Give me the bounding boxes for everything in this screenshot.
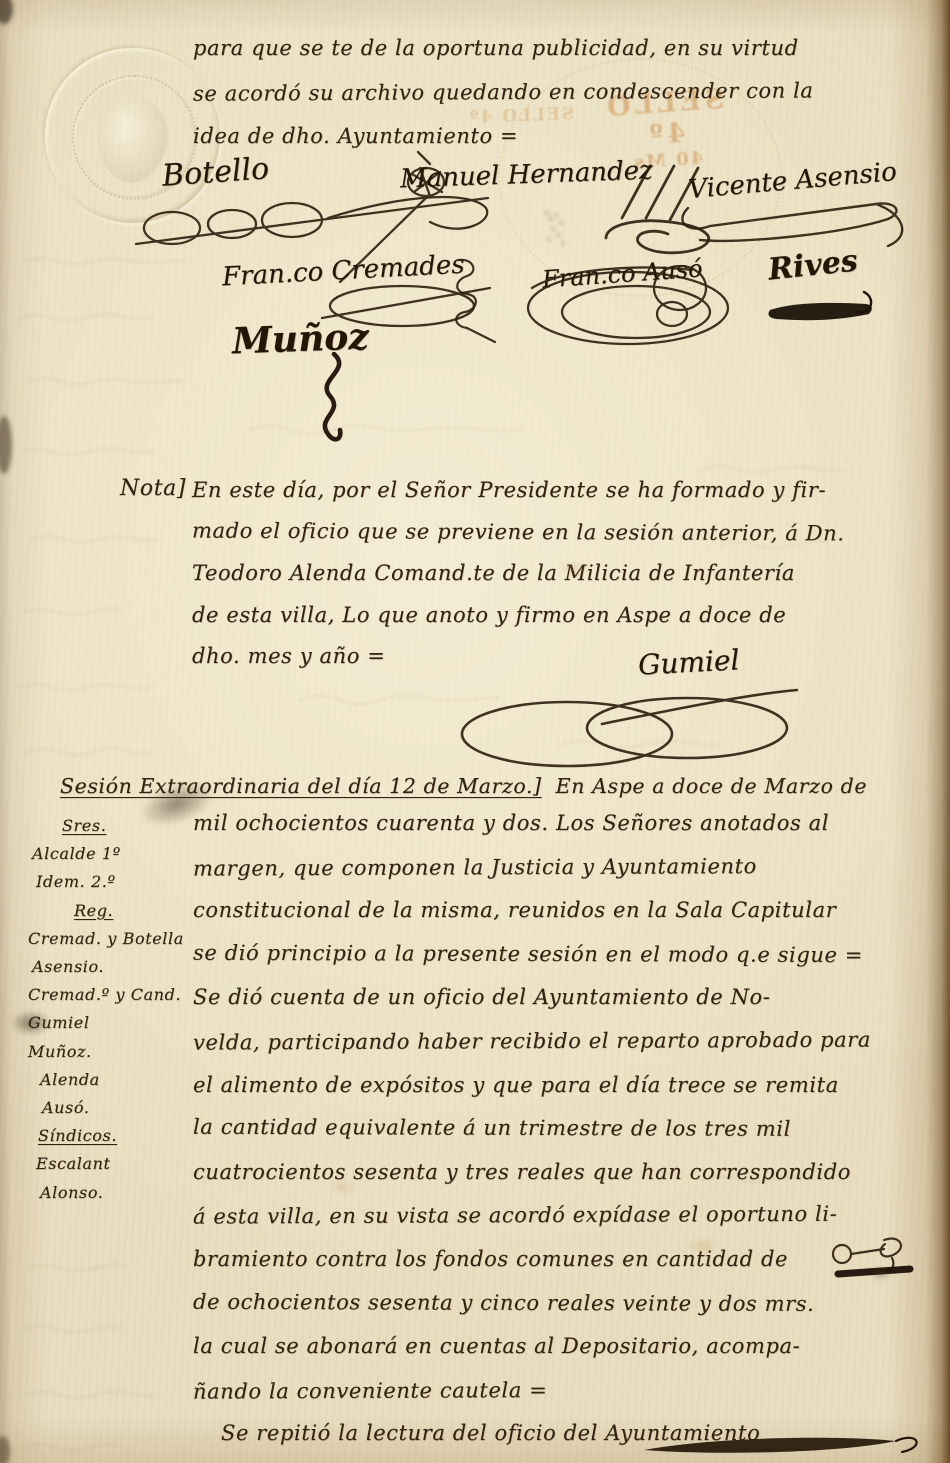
handwritten-line: Teodoro Alenda Comand.te de la Milicia d…	[192, 553, 872, 595]
body-line: el alimento de expósitos y que para el d…	[193, 1064, 915, 1108]
margin-entry: Gumiel	[28, 1009, 196, 1037]
ink-smudge	[870, 1266, 892, 1280]
margin-entry: Idem. 2.º	[28, 868, 196, 896]
margin-entry: Síndicos.	[28, 1122, 196, 1150]
body-line: la cantidad equivalente á un trimestre d…	[193, 1106, 915, 1152]
margin-entry: Cremad. y Botella	[28, 925, 196, 953]
body-line: se dió principio a la presente sesión en…	[193, 932, 915, 978]
signature-munoz-rubric	[298, 352, 368, 447]
ink-smudge	[10, 1010, 52, 1036]
handwritten-line: En este día, por el Señor Presidente se …	[192, 470, 872, 512]
body-line: margen, que componen la Justicia y Ayunt…	[193, 844, 915, 891]
foxing-stain	[556, 560, 590, 576]
handwritten-line: se acordó su archivo quedando en condesc…	[193, 68, 848, 115]
margin-attendees: Sres. Alcalde 1º Idem. 2.º Reg. Cremad. …	[28, 812, 196, 1207]
session-heading-continuation: En Aspe a doce de Marzo de	[556, 774, 867, 798]
margin-entry: Muñoz.	[28, 1038, 196, 1066]
body-line: cuatrocientos sesenta y tres reales que …	[193, 1151, 915, 1195]
handwritten-line: para que se te de la oportuna publicidad…	[193, 26, 848, 70]
body-line: Se dió cuenta de un oficio del Ayuntamie…	[193, 976, 915, 1020]
end-flourish	[640, 1430, 930, 1462]
margin-entry: Alenda	[28, 1066, 196, 1094]
handwritten-line: de esta villa, Lo que anoto y firmo en A…	[192, 595, 872, 637]
body-line: bramiento contra los fondos comunes en c…	[193, 1238, 915, 1282]
body-line: velda, participando haber recibido el re…	[193, 1018, 915, 1065]
margin-entry: Asensio.	[28, 953, 196, 981]
body-line: á esta villa, en su vista se acordó expí…	[193, 1193, 915, 1240]
margin-entry: Escalant	[28, 1150, 196, 1178]
body-line: mil ochocientos cuarenta y dos. Los Seño…	[193, 802, 915, 846]
margin-entry: Reg.	[28, 897, 196, 925]
margin-entry: Alcalde 1º	[28, 840, 196, 868]
foxing-stain	[330, 1180, 356, 1194]
session-heading-title: Sesión Extraordinaria del día 12 de Marz…	[60, 774, 542, 798]
signature-asensio-rubric	[678, 192, 918, 254]
nota-label: Nota]	[120, 476, 186, 501]
handwritten-line: mado el oficio que se previene en la ses…	[192, 510, 872, 554]
signature-gumiel: Gumiel	[637, 643, 740, 681]
handwritten-line: dho. mes y año =	[192, 636, 872, 678]
margin-entry: Ausó.	[28, 1094, 196, 1122]
signature-gumiel-rubric	[452, 682, 802, 774]
nota-paragraph: En este día, por el Señor Presidente se …	[192, 470, 872, 678]
session-body: mil ochocientos cuarenta y dos. Los Seño…	[193, 802, 915, 1456]
opening-paragraph: para que se te de la oportuna publicidad…	[193, 26, 848, 158]
body-line: ñando la conveniente cautela =	[193, 1367, 915, 1414]
margin-entry: Alonso.	[28, 1179, 196, 1207]
body-line: constitucional de la misma, reunidos en …	[193, 889, 915, 933]
foxing-stain	[688, 1238, 718, 1254]
signature-auso-rubric	[520, 258, 760, 353]
ink-speckles	[546, 212, 548, 214]
body-line: de ochocientos sesenta y cinco reales ve…	[193, 1280, 915, 1326]
margin-entry: Cremad.º y Cand.	[28, 981, 196, 1009]
body-line: la cual se abonará en cuentas al Deposit…	[193, 1325, 915, 1369]
signature-rives-blot	[762, 290, 887, 335]
manuscript-page: SELLO 4º 40 Ms SELLO 4º para que se te d…	[0, 0, 950, 1463]
